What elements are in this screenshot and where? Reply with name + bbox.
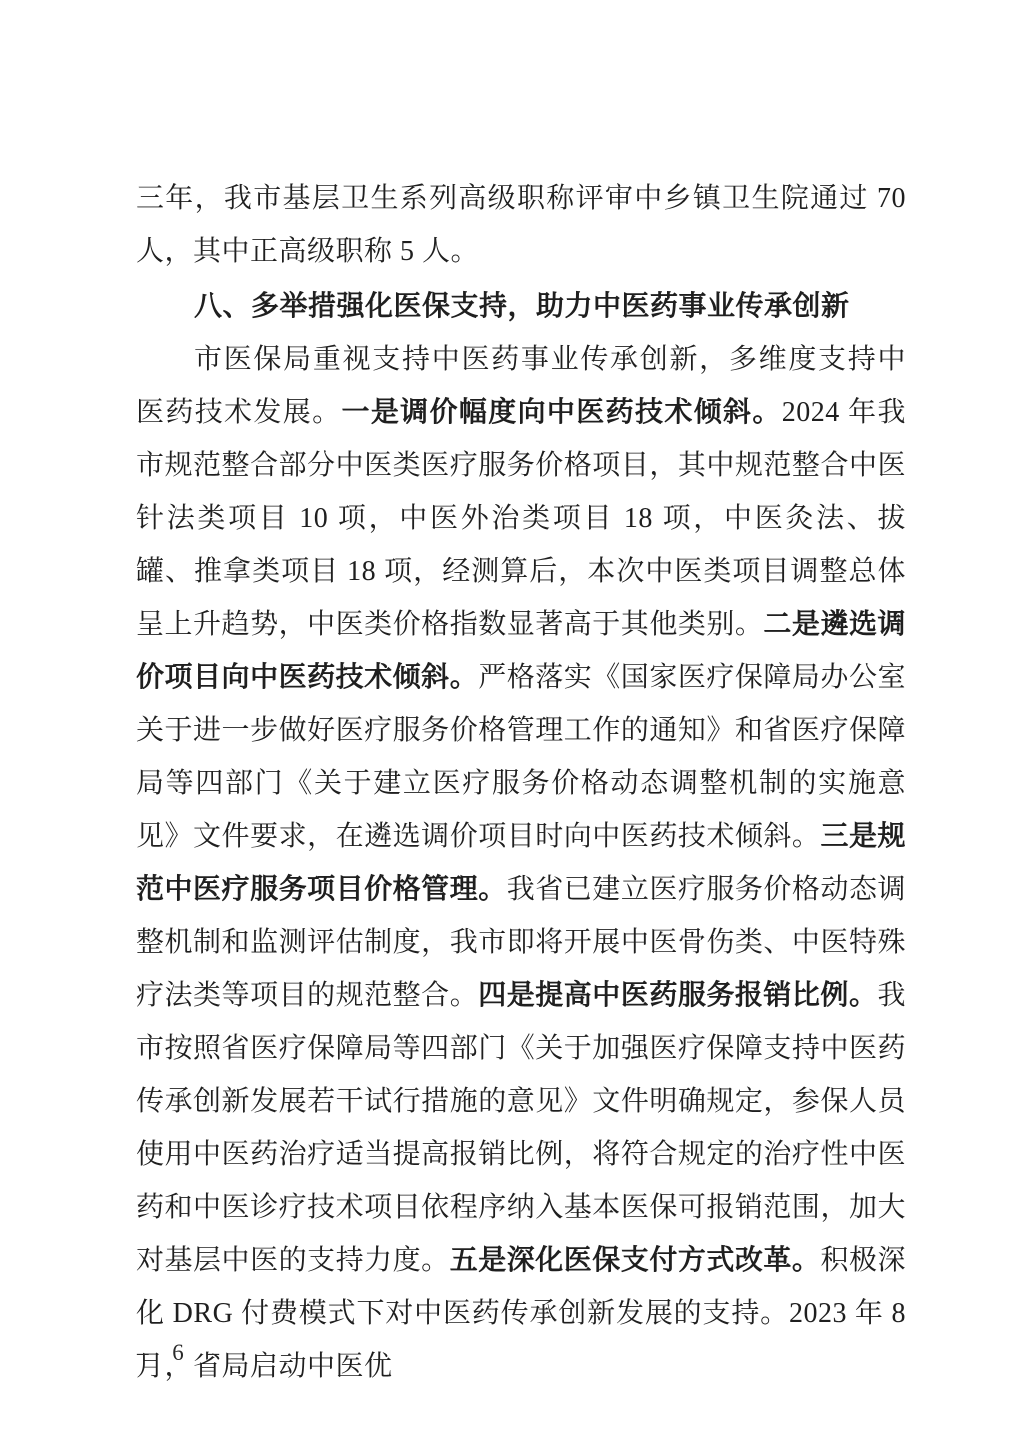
- section-heading: 八、多举措强化医保支持，助力中医药事业传承创新: [136, 278, 906, 333]
- emphasis-text: 五是深化医保支付方式改革。: [450, 1245, 821, 1276]
- paragraph-continuation: 三年，我市基层卫生系列高级职称评审中乡镇卫生院通过 70 人，其中正高级职称 5…: [136, 172, 906, 278]
- paragraph-main: 市医保局重视支持中医药事业传承创新，多维度支持中医药技术发展。一是调价幅度向中医…: [136, 333, 906, 1393]
- document-page: 三年，我市基层卫生系列高级职称评审中乡镇卫生院通过 70 人，其中正高级职称 5…: [0, 0, 1024, 1447]
- page-number: – 6 –: [137, 1338, 228, 1368]
- emphasis-text: 一是调价幅度向中医药技术倾斜。: [341, 397, 781, 428]
- body-text: 2024 年我市规范整合部分中医类医疗服务价格项目，其中规范整合中医针法类项目 …: [136, 397, 906, 640]
- body-text: 三年，我市基层卫生系列高级职称评审中乡镇卫生院通过 70 人，其中正高级职称 5…: [136, 183, 906, 267]
- body-text: 我市按照省医疗保障局等四部门《关于加强医疗保障支持中医药传承创新发展若干试行措施…: [136, 980, 906, 1276]
- document-body: 三年，我市基层卫生系列高级职称评审中乡镇卫生院通过 70 人，其中正高级职称 5…: [136, 172, 906, 1393]
- emphasis-text: 四是提高中医药服务报销比例。: [478, 980, 877, 1011]
